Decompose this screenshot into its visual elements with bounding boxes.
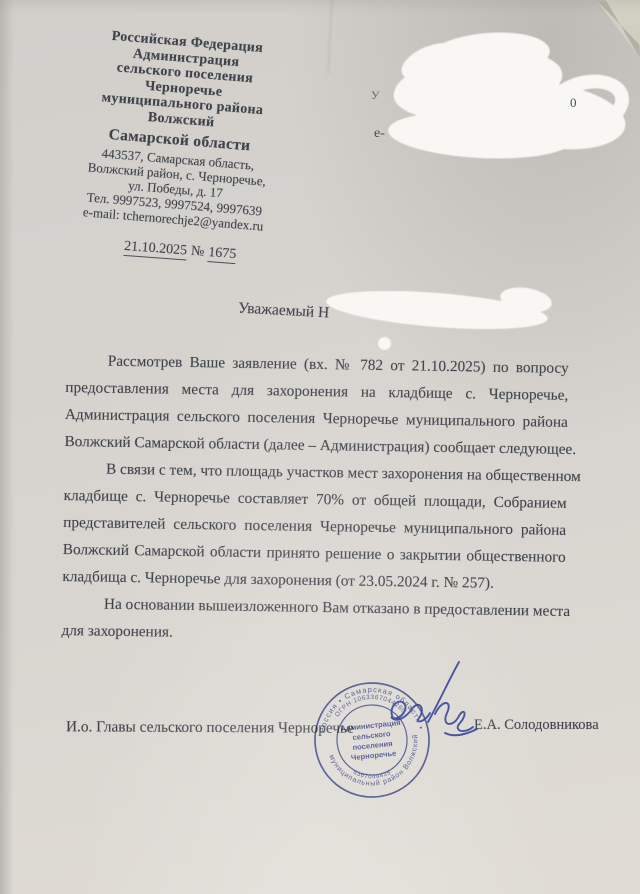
redacted-email-prefix: e-	[374, 126, 385, 142]
paper-left-edge-shadow	[0, 0, 14, 894]
redaction-blob	[423, 28, 552, 85]
redacted-phone-digit: 0	[570, 95, 577, 111]
number-sign: №	[186, 244, 208, 261]
redaction-blob	[389, 40, 567, 129]
redaction-blob-name-tail	[498, 284, 553, 316]
redaction-blob-loop	[533, 65, 636, 147]
redaction-blob	[387, 107, 574, 163]
letter-number: 1675	[208, 245, 237, 264]
letterhead: Российская Федерация Администрация сельс…	[25, 23, 335, 238]
redaction-dot	[378, 337, 391, 350]
letter-date: 21.10.2025	[123, 239, 187, 261]
salutation: Уважаемый Н	[238, 299, 330, 322]
letter-body: Рассмотрев Ваше заявление (вх. № 782 от …	[61, 347, 569, 652]
handwritten-signature	[383, 656, 491, 764]
photographed-letter: Российская Федерация Администрация сельс…	[0, 0, 640, 894]
folded-corner	[588, 0, 640, 58]
redacted-email-suffix: ox.ru	[551, 130, 580, 146]
redaction-blob	[396, 36, 465, 89]
redacted-addressee-initials: А А	[509, 38, 546, 52]
redacted-letter-fragment: У	[371, 88, 380, 103]
date-number-line: 21.10.2025№1675	[124, 239, 237, 263]
signer-name: Е.А. Солодовникова	[474, 717, 599, 734]
redaction-blob-name	[325, 284, 549, 335]
